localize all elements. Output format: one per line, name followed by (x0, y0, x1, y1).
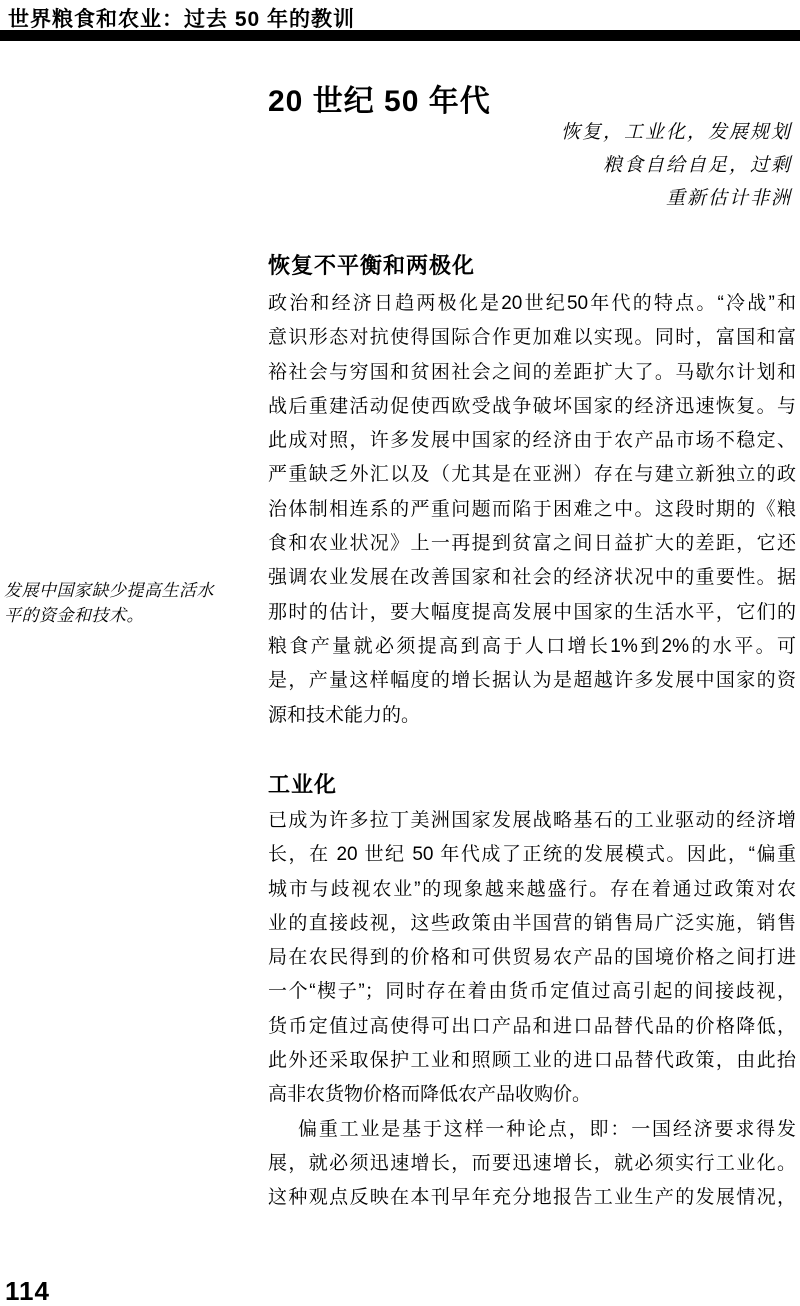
body-line: 战后重建活动促使西欧受战争破坏国家的经济迅速恢复。与 (268, 390, 796, 424)
body-line: 此外还采取保护工业和照顾工业的进口品替代政策，由此抬 (268, 1044, 796, 1078)
body-line: 食和农业状况》上一再提到贫富之间日益扩大的差距，它还 (268, 527, 796, 561)
body-line: 强调农业发展在改善国家和社会的经济状况中的重要性。据 (268, 561, 796, 595)
body-line: 偏重工业是基于这样一种论点，即：一国经济要求得发 (268, 1113, 796, 1147)
body-line: 源和技术能力的。 (268, 699, 796, 733)
running-header: 世界粮食和农业：过去 50 年的教训 (8, 3, 355, 33)
subtitle-line: 恢复，工业化，发展规划 (300, 116, 792, 149)
section-heading-industrialization: 工业化 (268, 768, 796, 799)
paragraph-recovery: 政治和经济日趋两极化是20世纪50年代的特点。“冷战”和 意识形态对抗使得国际合… (268, 287, 796, 733)
subtitle-line: 重新估计非洲 (300, 182, 792, 215)
body-line: 城市与歧视农业”的现象越来越盛行。存在着通过政策对农 (268, 873, 796, 907)
body-line: 这种观点反映在本刊早年充分地报告工业生产的发展情况， (268, 1181, 796, 1215)
body-line: 那时的估计，要大幅度提高发展中国家的生活水平，它们的 (268, 596, 796, 630)
body-line: 展，就必须迅速增长，而要迅速增长，就必须实行工业化。 (268, 1147, 796, 1181)
body-line: 货币定值过高使得可出口产品和进口品替代品的价格降低， (268, 1010, 796, 1044)
body-line: 是，产量这样幅度的增长据认为是超越许多发展中国家的资 (268, 664, 796, 698)
body-line: 严重缺乏外汇以及（尤其是在亚洲）存在与建立新独立的政 (268, 458, 796, 492)
body-line: 裕社会与穷国和贫困社会之间的差距扩大了。马歇尔计划和 (268, 356, 796, 390)
margin-note: 发展中国家缺少提高生活水平的资金和技术。 (4, 578, 214, 628)
body-line: 业的直接歧视，这些政策由半国营的销售局广泛实施，销售 (268, 907, 796, 941)
subtitle-line: 粮食自给自足，过剩 (300, 149, 792, 182)
body-line: 政治和经济日趋两极化是20世纪50年代的特点。“冷战”和 (268, 287, 796, 321)
body-line: 一个“楔子”；同时存在着由货币定值过高引起的间接歧视， (268, 975, 796, 1009)
chapter-subtitle: 恢复，工业化，发展规划 粮食自给自足，过剩 重新估计非洲 (300, 116, 792, 215)
body-line: 粮食产量就必须提高到高于人口增长1%到2%的水平。可 (268, 630, 796, 664)
body-line: 已成为许多拉丁美洲国家发展战略基石的工业驱动的经济增 (268, 804, 796, 838)
chapter-title: 20 世纪 50 年代 (268, 76, 491, 120)
body-line: 高非农货物价格而降低农产品收购价。 (268, 1078, 796, 1112)
header-rule (0, 30, 800, 41)
document-page: 世界粮食和农业：过去 50 年的教训 20 世纪 50 年代 恢复，工业化，发展… (0, 0, 800, 1306)
body-line: 长，在 20 世纪 50 年代成了正统的发展模式。因此，“偏重 (268, 838, 796, 872)
body-line: 意识形态对抗使得国际合作更加难以实现。同时，富国和富 (268, 321, 796, 355)
section-heading-recovery: 恢复不平衡和两极化 (268, 249, 796, 280)
paragraph-industrialization: 已成为许多拉丁美洲国家发展战略基石的工业驱动的经济增 长，在 20 世纪 50 … (268, 804, 796, 1216)
body-line: 此成对照，许多发展中国家的经济由于农产品市场不稳定、 (268, 424, 796, 458)
body-line: 局在农民得到的价格和可供贸易农产品的国境价格之间打进 (268, 941, 796, 975)
page-number: 114 (5, 1276, 50, 1306)
body-line: 治体制相连系的严重问题而陷于困难之中。这段时期的《粮 (268, 493, 796, 527)
